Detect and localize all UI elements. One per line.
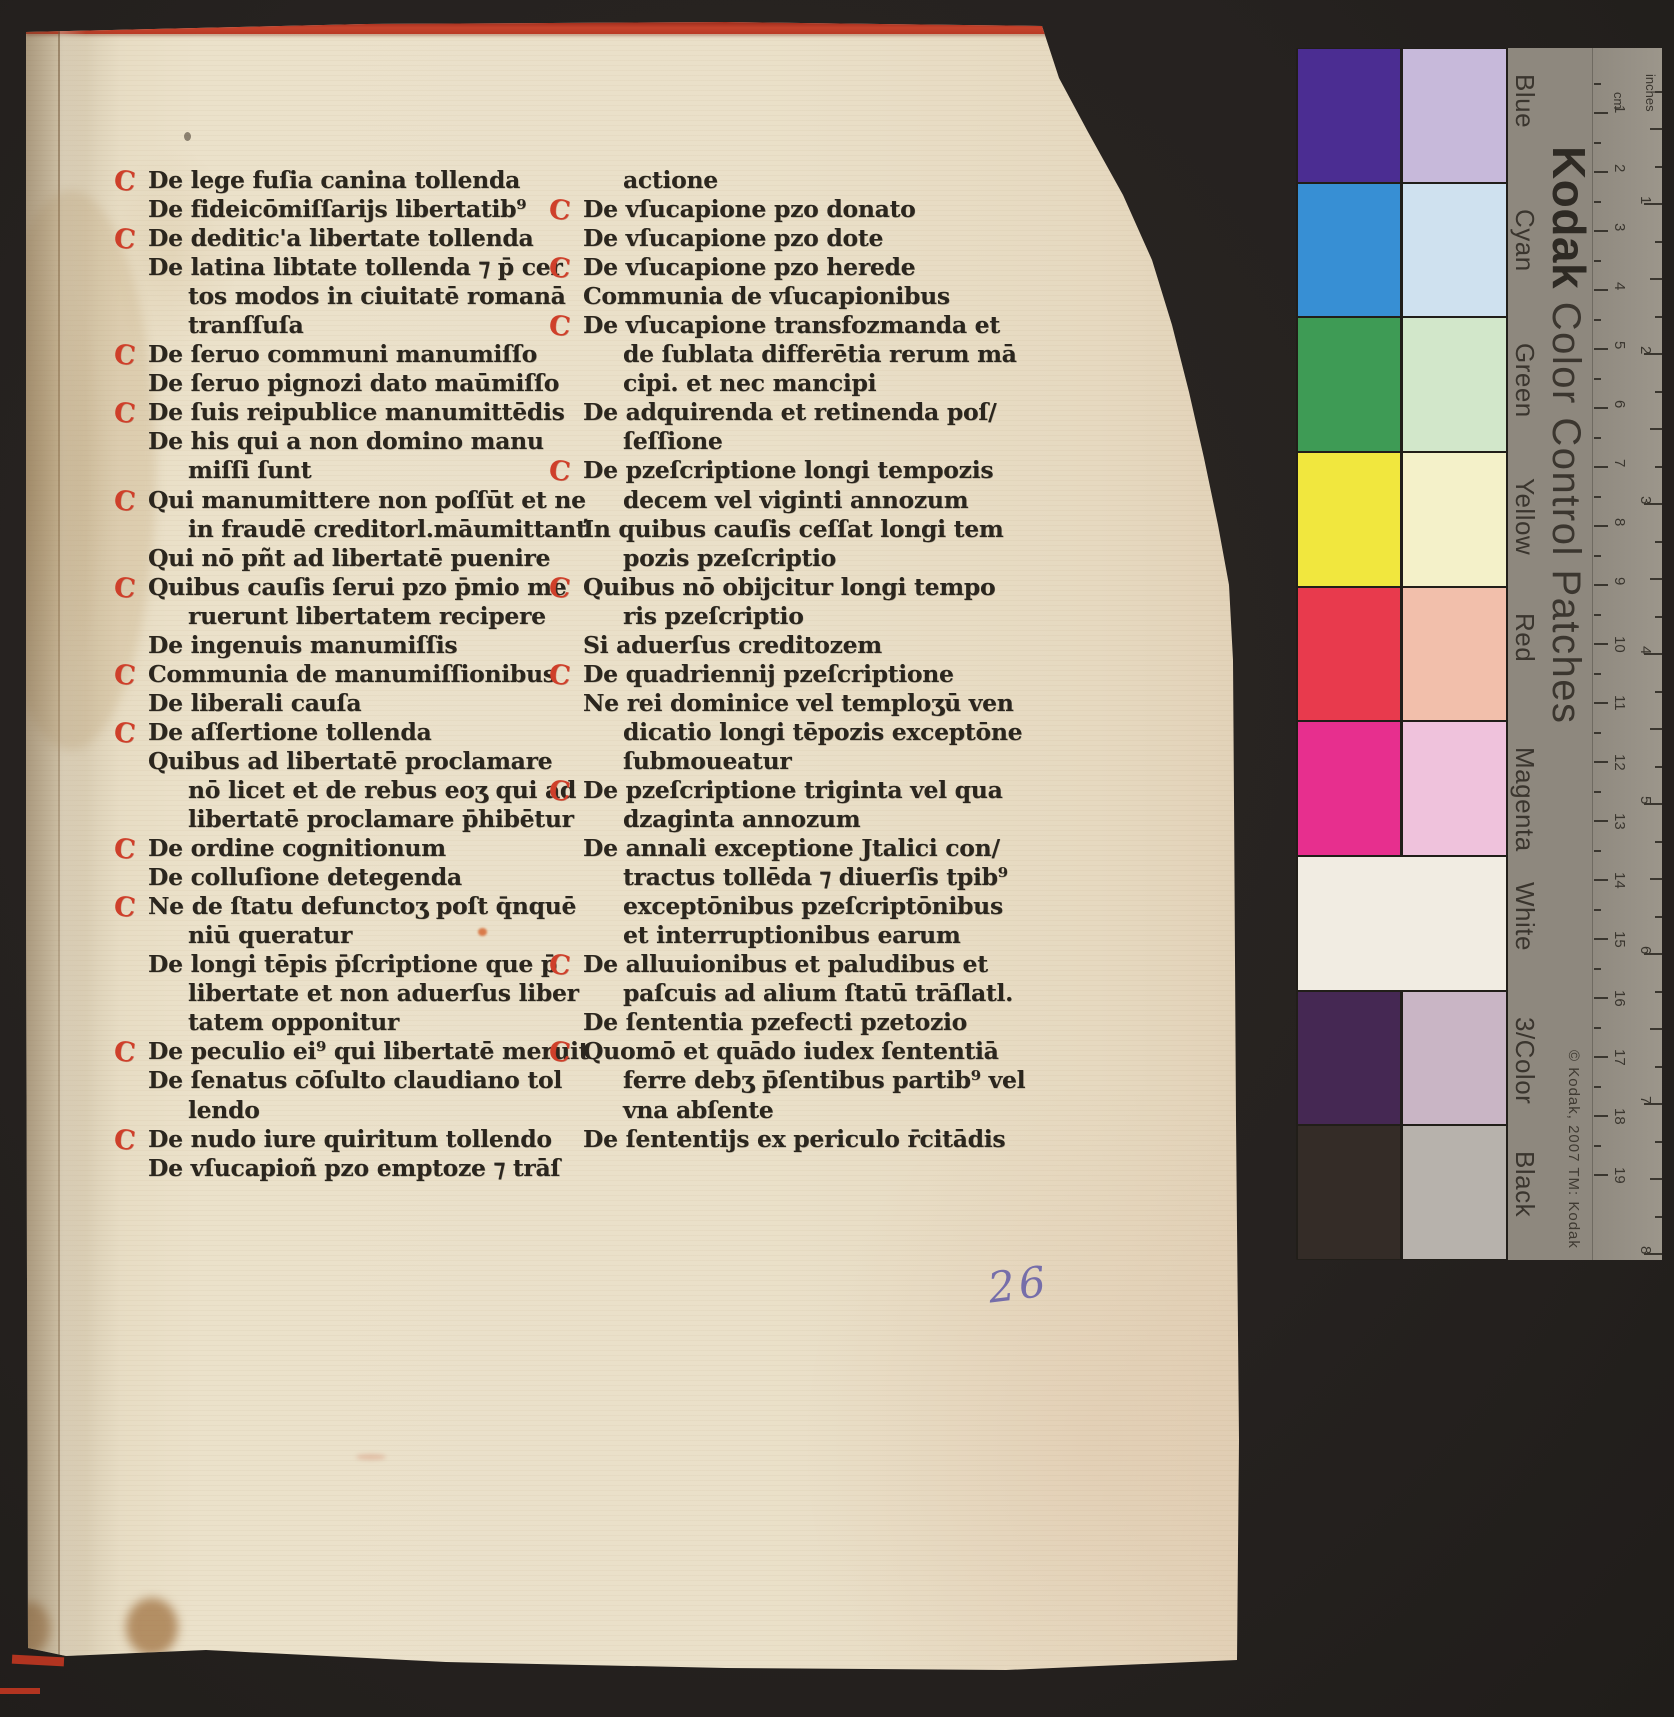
patch-row-white: [1296, 856, 1508, 991]
toc-entry-line: tatem opponitur: [148, 1008, 618, 1037]
ruler-number-cm: 13: [1611, 813, 1628, 830]
rubricated-pilcrow: C: [113, 224, 137, 255]
inch-quarter-tick: [1655, 241, 1662, 243]
rubricated-pilcrow: C: [113, 718, 137, 749]
toc-entry-line: CDe quadriennij pzeſcriptione: [583, 660, 1053, 689]
inch-half-tick: [1650, 728, 1662, 730]
rubricated-pilcrow: C: [113, 485, 137, 516]
ruler-number-inch: 1: [1637, 196, 1654, 204]
cm-tick: [1594, 1115, 1608, 1117]
cm-half-tick: [1594, 850, 1601, 852]
book-page: CDe lege fuſia canina tollendaDe fideicō…: [26, 20, 1242, 1676]
toc-entry-line: CDe vſucapione transfozmanda et: [583, 311, 1053, 340]
cm-half-tick: [1594, 732, 1601, 734]
toc-entry-text: De alluuionibus et paludibus et: [583, 950, 988, 978]
toc-entry-text: De aſſertione tollenda: [148, 718, 431, 746]
toc-entry-text: exceptōnibus pzeſcriptōnibus: [623, 892, 1003, 920]
tint-patch-yellow: [1403, 453, 1506, 586]
cm-half-tick: [1594, 909, 1601, 911]
ruler-number-cm: 8: [1611, 518, 1628, 526]
toc-entry-text: De nudo iure quiritum tollendo: [148, 1125, 552, 1153]
color-patch-yellow: [1298, 453, 1400, 586]
toc-entry-text: Qui manumittere non poſſūt et ne: [148, 486, 586, 514]
toc-entry-text: pozis pzeſcriptio: [623, 544, 836, 572]
toc-entry-text: De deditic'a libertate tollenda: [148, 224, 533, 252]
toc-entry-text: Quibus ad libertatē proclamare: [148, 747, 552, 775]
toc-entry-text: in fraudē creditorl.māumittanť: [188, 515, 586, 543]
tint-patch-magenta: [1403, 722, 1506, 855]
inch-quarter-tick: [1655, 166, 1662, 168]
toc-entry-text: Communia de manumiſſionibus: [148, 660, 556, 688]
toc-entry-text: De vſucapione pzo herede: [583, 253, 915, 281]
inch-quarter-tick: [1655, 691, 1662, 693]
toc-entry-line: De vſucapioñ pzo emptoze ⁊ trāſ: [148, 1154, 618, 1183]
patch-row-3-color: [1296, 991, 1508, 1126]
toc-entry-text: tos modos in ciuitatē romanā: [188, 282, 566, 310]
toc-entry-line: ris pzeſcriptio: [583, 602, 1053, 631]
rubricated-pilcrow: C: [548, 1037, 572, 1068]
ruler-number-cm: 3: [1611, 223, 1628, 231]
toc-entry-text: De longi tēpis p̄ſcriptione que p̄: [148, 950, 557, 978]
color-patch-3-color: [1298, 992, 1400, 1125]
rubricated-pilcrow: C: [548, 776, 572, 807]
inch-quarter-tick: [1655, 916, 1662, 918]
toc-entry-line: et interruptionibus earum: [583, 921, 1053, 950]
toc-entry-line: libertate et non aduerſus liber: [148, 979, 618, 1008]
tint-patch-red: [1403, 588, 1506, 721]
toc-entry-text: paſcuis ad alium ſtatū trāſlatl.: [623, 979, 1013, 1007]
rubricated-pilcrow: C: [548, 660, 572, 691]
patch-label-green: Green: [1509, 343, 1540, 418]
ruler-number-cm: 12: [1611, 754, 1628, 771]
brown-stain-edge: [10, 1602, 50, 1654]
cm-tick: [1594, 938, 1608, 940]
toc-entry-line: De ſeruo pignozi dato maūmiſſo: [148, 369, 618, 398]
toc-entry-text: actione: [623, 166, 718, 194]
ruler-number-cm: 5: [1611, 341, 1628, 349]
ruler-number-cm: 19: [1611, 1167, 1628, 1184]
toc-entry-line: libertatē proclamare p̄hibētur: [148, 805, 618, 834]
cm-half-tick: [1594, 614, 1601, 616]
cm-tick: [1594, 466, 1608, 468]
inch-quarter-tick: [1655, 841, 1662, 843]
patch-row-cyan: [1296, 183, 1508, 318]
cm-half-tick: [1594, 1086, 1601, 1088]
cm-tick: [1594, 643, 1608, 645]
toc-entry-line: Qui nō pñt ad libertatē puenire: [148, 544, 618, 573]
kodak-logo: Kodak: [1543, 146, 1595, 289]
ruler-number-cm: 17: [1611, 1049, 1628, 1066]
cm-half-tick: [1594, 437, 1601, 439]
red-edge-sliver: [0, 1688, 40, 1694]
toc-entry-text: tranſſuſa: [188, 311, 304, 339]
toc-entry-line: De ſententia pzefecti pzetozio: [583, 1008, 1053, 1037]
inch-quarter-tick: [1655, 1066, 1662, 1068]
patch-label-white: White: [1509, 882, 1540, 951]
patch-label-yellow: Yellow: [1509, 478, 1540, 555]
inch-quarter-tick: [1655, 541, 1662, 543]
rubricated-pilcrow: C: [113, 166, 137, 197]
toc-entry-line: CDe aſſertione tollenda: [148, 718, 618, 747]
fox-speck: [14, 138, 21, 147]
rubricated-pilcrow: C: [113, 340, 137, 371]
toc-entry-text: De his qui a non domino manu: [148, 427, 544, 455]
tint-patch-black: [1403, 1126, 1506, 1259]
toc-entry-text: Communia de vſucapionibus: [583, 282, 950, 310]
cm-half-tick: [1594, 142, 1601, 144]
kodak-label-strip: Kodak Color Control Patches © Kodak, 200…: [1508, 48, 1662, 1260]
toc-entry-line: ruerunt libertatem recipere: [148, 602, 618, 631]
cm-tick: [1594, 112, 1608, 114]
toc-entry-text: De ſeruo pignozi dato maūmiſſo: [148, 369, 559, 397]
toc-entry-text: In quibus cauſis ceſſat longi tem: [583, 515, 1003, 543]
toc-entry-line: De ingenuis manumiſſis: [148, 631, 618, 660]
toc-entry-line: exceptōnibus pzeſcriptōnibus: [583, 892, 1053, 921]
patch-row-red: [1296, 587, 1508, 722]
kodak-copyright: © Kodak, 2007 TM: Kodak: [1565, 1050, 1582, 1249]
toc-entry-line: In quibus cauſis ceſſat longi tem: [583, 515, 1053, 544]
toc-entry-text: dzaginta annozum: [623, 805, 860, 833]
toc-entry-line: Si aduerſus creditozem: [583, 631, 1053, 660]
toc-entry-line: CDe deditic'a libertate tollenda: [148, 224, 618, 253]
toc-entry-line: CDe nudo iure quiritum tollendo: [148, 1125, 618, 1154]
toc-entry-line: dicatio longi tēpozis exceptōne: [583, 718, 1053, 747]
ruler-number-cm: 14: [1611, 872, 1628, 889]
patch-row-yellow: [1296, 452, 1508, 587]
toc-entry-line: de ſublata differētia rerum mā: [583, 340, 1053, 369]
inch-half-tick: [1650, 578, 1662, 580]
toc-entry-line: paſcuis ad alium ſtatū trāſlatl.: [583, 979, 1053, 1008]
toc-entry-text: miſſi ſunt: [188, 456, 311, 484]
toc-entry-line: in fraudē creditorl.māumittanť: [148, 515, 618, 544]
toc-entry-line: dzaginta annozum: [583, 805, 1053, 834]
toc-entry-line: CDe vſucapione pzo herede: [583, 253, 1053, 282]
toc-entry-text: de ſublata differētia rerum mā: [623, 340, 1017, 368]
color-patch-black: [1298, 1126, 1400, 1259]
toc-entry-line: cipi. et nec mancipi: [583, 369, 1053, 398]
red-smudge: [356, 1454, 386, 1460]
cm-half-tick: [1594, 319, 1601, 321]
toc-entry-text: ruerunt libertatem recipere: [188, 602, 546, 630]
toc-entry-line: CDe ordine cognitionum: [148, 834, 618, 863]
inch-quarter-tick: [1655, 616, 1662, 618]
toc-entry-line: decem vel viginti annozum: [583, 486, 1053, 515]
cm-tick: [1594, 230, 1608, 232]
inch-quarter-tick: [1655, 91, 1662, 93]
ruler-number-inch: 8: [1637, 1246, 1654, 1254]
ruler-number-cm: 6: [1611, 400, 1628, 408]
toc-entry-text: vna abſente: [623, 1096, 773, 1124]
toc-entry-line: CDe pzeſcriptione longi tempozis: [583, 456, 1053, 485]
inch-quarter-tick: [1655, 466, 1662, 468]
toc-entry-text: De ſenatus cōſulto claudiano tol: [148, 1066, 562, 1094]
toc-entry-text: libertate et non aduerſus liber: [188, 979, 579, 1007]
cm-half-tick: [1594, 260, 1601, 262]
rubricated-pilcrow: C: [548, 253, 572, 284]
toc-entry-text: Qui nō pñt ad libertatē puenire: [148, 544, 550, 572]
brown-stain: [126, 1598, 178, 1656]
toc-entry-line: Ne rei dominice vel temploʒū ven: [583, 689, 1053, 718]
toc-entry-line: CNe de ſtatu defunctoʒ poſt q̄nquē: [148, 892, 618, 921]
inch-quarter-tick: [1655, 766, 1662, 768]
ruler-number-cm: 4: [1611, 282, 1628, 290]
toc-entry-text: tatem opponitur: [188, 1008, 399, 1036]
color-patch-cyan: [1298, 184, 1400, 317]
red-edge-sliver: [12, 1655, 64, 1667]
cm-tick: [1594, 1056, 1608, 1058]
ruler-number-cm: 16: [1611, 990, 1628, 1007]
ruler-number-cm: 2: [1611, 164, 1628, 172]
cm-half-tick: [1594, 83, 1601, 85]
toc-entry-text: De annali exceptione Jtalici con/: [583, 834, 1000, 862]
toc-entry-line: CDe ſeruo communi manumiſſo: [148, 340, 618, 369]
cm-tick: [1594, 702, 1608, 704]
rubricated-pilcrow: C: [113, 834, 137, 865]
toc-entry-line: De vſucapione pzo dote: [583, 224, 1053, 253]
tint-patch-3-color: [1403, 992, 1506, 1125]
patch-row-blue: [1296, 48, 1508, 183]
cm-tick: [1594, 879, 1608, 881]
toc-entry-line: CDe pzeſcriptione triginta vel qua: [583, 776, 1053, 805]
fox-speck: [184, 132, 191, 141]
cm-tick: [1594, 525, 1608, 527]
rubricated-pilcrow: C: [548, 456, 572, 487]
toc-entry-text: De pzeſcriptione triginta vel qua: [583, 776, 1003, 804]
cm-tick: [1594, 997, 1608, 999]
rubricated-pilcrow: C: [113, 573, 137, 604]
patch-row-black: [1296, 1125, 1508, 1260]
ruler-number-inch: 5: [1637, 796, 1654, 804]
toc-entry-line: tos modos in ciuitatē romanā: [148, 282, 618, 311]
color-patch-blue: [1298, 49, 1400, 182]
ruler-number-inch: 3: [1637, 496, 1654, 504]
toc-entry-text: libertatē proclamare p̄hibētur: [188, 805, 574, 833]
toc-entry-text: ſeſſione: [623, 427, 723, 455]
toc-entry-text: De pzeſcriptione longi tempozis: [583, 456, 993, 484]
toc-entry-text: De liberali cauſa: [148, 689, 361, 717]
toc-entry-line: CQui manumittere non poſſūt et ne: [148, 486, 618, 515]
cm-half-tick: [1594, 968, 1601, 970]
toc-entry-text: dicatio longi tēpozis exceptōne: [623, 718, 1022, 746]
rubricated-pilcrow: C: [548, 950, 572, 981]
tint-patch-blue: [1403, 49, 1506, 182]
cm-half-tick: [1594, 791, 1601, 793]
toc-entry-text: De ingenuis manumiſſis: [148, 631, 457, 659]
rubricated-pilcrow: C: [548, 311, 572, 342]
toc-column-right: actioneCDe vſucapione pzo donatoDe vſuca…: [583, 166, 1053, 1154]
toc-entry-line: actione: [583, 166, 1053, 195]
cm-tick: [1594, 1174, 1608, 1176]
cm-tick: [1594, 171, 1608, 173]
toc-entry-text: De ſuis reipublice manumittēdis: [148, 398, 565, 426]
inch-quarter-tick: [1655, 991, 1662, 993]
ruler-number-cm: 10: [1611, 636, 1628, 653]
cm-half-tick: [1594, 555, 1601, 557]
toc-entry-text: cipi. et nec mancipi: [623, 369, 876, 397]
toc-entry-text: Quomō et quādo iudex ſententiā: [583, 1037, 999, 1065]
toc-entry-text: De ſententia pzefecti pzetozio: [583, 1008, 967, 1036]
toc-entry-line: De liberali cauſa: [148, 689, 618, 718]
toc-entry-text: De fideicōmiſſarijs libertatib⁹: [148, 195, 526, 223]
toc-entry-text: ris pzeſcriptio: [623, 602, 804, 630]
toc-entry-text: nō licet et de rebus eoʒ qui ad: [188, 776, 576, 804]
ruler-number-cm: 11: [1611, 695, 1628, 711]
toc-entry-text: Si aduerſus creditozem: [583, 631, 882, 659]
ruler-number-inch: 4: [1637, 646, 1654, 654]
patch-label-magenta: Magenta: [1509, 747, 1540, 852]
toc-column-left: CDe lege fuſia canina tollendaDe fideicō…: [148, 166, 618, 1183]
ruler-number-cm: 9: [1611, 577, 1628, 585]
toc-entry-text: Quibus cauſis ſerui pzo p̄mio me: [148, 573, 566, 601]
toc-entry-line: vna abſente: [583, 1096, 1053, 1125]
toc-entry-line: Communia de vſucapionibus: [583, 282, 1053, 311]
cm-tick: [1594, 289, 1608, 291]
kodak-chart-title: Kodak Color Control Patches: [1542, 146, 1596, 725]
inch-quarter-tick: [1655, 391, 1662, 393]
inch-half-tick: [1650, 128, 1662, 130]
rubricated-pilcrow: C: [113, 1037, 137, 1068]
inch-half-tick: [1650, 1178, 1662, 1180]
toc-entry-text: De quadriennij pzeſcriptione: [583, 660, 954, 688]
toc-entry-line: CDe lege fuſia canina tollenda: [148, 166, 618, 195]
patch-row-green: [1296, 317, 1508, 452]
cm-half-tick: [1594, 1145, 1601, 1147]
toc-entry-text: tractus tollēda ⁊ diuerſis tpib⁹: [623, 863, 1008, 891]
toc-entry-text: De ſeruo communi manumiſſo: [148, 340, 537, 368]
toc-entry-line: De annali exceptione Jtalici con/: [583, 834, 1053, 863]
handwritten-folio-number: 26: [985, 1256, 1052, 1312]
toc-entry-text: De ordine cognitionum: [148, 834, 446, 862]
rubricated-pilcrow: C: [113, 1125, 137, 1156]
toc-entry-text: Ne rei dominice vel temploʒū ven: [583, 689, 1014, 717]
toc-entry-text: De vſucapioñ pzo emptoze ⁊ trāſ: [148, 1154, 560, 1182]
kodak-color-target: Kodak Color Control Patches © Kodak, 200…: [1296, 48, 1662, 1260]
inch-quarter-tick: [1655, 1141, 1662, 1143]
toc-entry-line: tractus tollēda ⁊ diuerſis tpib⁹: [583, 863, 1053, 892]
inch-half-tick: [1650, 428, 1662, 430]
toc-entry-text: De ſententijs ex periculo r̄citādis: [583, 1125, 1005, 1153]
cm-tick: [1594, 407, 1608, 409]
toc-entry-text: Ne de ſtatu defunctoʒ poſt q̄nquē: [148, 892, 576, 920]
photo-background: CDe lege fuſia canina tollendaDe fideicō…: [0, 0, 1674, 1717]
cm-half-tick: [1594, 1027, 1601, 1029]
cm-half-tick: [1594, 673, 1601, 675]
toc-entry-line: De adquirenda et retinenda poſ/: [583, 398, 1053, 427]
inch-quarter-tick: [1655, 316, 1662, 318]
cm-half-tick: [1594, 201, 1601, 203]
rubricated-pilcrow: C: [113, 660, 137, 691]
toc-entry-line: CDe vſucapione pzo donato: [583, 195, 1053, 224]
toc-entry-text: De peculio ei⁹ qui libertatē meruit: [148, 1037, 589, 1065]
toc-entry-text: De vſucapione pzo dote: [583, 224, 883, 252]
toc-entry-line: De ſententijs ex periculo r̄citādis: [583, 1125, 1053, 1154]
toc-entry-line: Quibus ad libertatē proclamare: [148, 747, 618, 776]
ruler-number-cm: 18: [1611, 1108, 1628, 1125]
rubricated-pilcrow: C: [548, 573, 572, 604]
ruler-number-inch: 2: [1637, 346, 1654, 354]
toc-entry-line: ferre debʒ p̄ſentibus partib⁹ vel: [583, 1066, 1053, 1095]
toc-entry-line: CQuibus nō obijcitur longi tempo: [583, 573, 1053, 602]
ruler-number-cm: 7: [1611, 459, 1628, 467]
ruler-number-inch: 6: [1637, 946, 1654, 954]
patch-row-magenta: [1296, 721, 1508, 856]
toc-entry-line: De his qui a non domino manu: [148, 427, 618, 456]
rubricated-pilcrow: C: [113, 398, 137, 429]
cm-tick: [1594, 820, 1608, 822]
cm-tick: [1594, 761, 1608, 763]
toc-entry-line: lendo: [148, 1096, 618, 1125]
cm-half-tick: [1594, 378, 1601, 380]
cm-half-tick: [1594, 496, 1601, 498]
tint-patch-green: [1403, 318, 1506, 451]
toc-entry-text: et interruptionibus earum: [623, 921, 961, 949]
color-patch-green: [1298, 318, 1400, 451]
toc-entry-text: niū queratur: [188, 921, 352, 949]
patch-label-red: Red: [1509, 613, 1540, 662]
inches-scale-label: inches: [1643, 74, 1658, 112]
toc-entry-line: CQuomō et quādo iudex ſententiā: [583, 1037, 1053, 1066]
inch-quarter-tick: [1655, 1216, 1662, 1218]
toc-entry-text: De lege fuſia canina tollenda: [148, 166, 520, 194]
rubricated-pilcrow: C: [113, 892, 137, 923]
cm-tick: [1594, 584, 1608, 586]
toc-entry-line: pozis pzeſcriptio: [583, 544, 1053, 573]
patch-label-3-color: 3/Color: [1509, 1017, 1540, 1104]
toc-entry-line: CDe ſuis reipublice manumittēdis: [148, 398, 618, 427]
color-patch-red: [1298, 588, 1400, 721]
inch-half-tick: [1650, 278, 1662, 280]
tint-patch-cyan: [1403, 184, 1506, 317]
patch-label-blue: Blue: [1509, 74, 1540, 128]
toc-entry-line: ſubmoueatur: [583, 747, 1053, 776]
inch-half-tick: [1650, 878, 1662, 880]
color-patch-magenta: [1298, 722, 1400, 855]
rubricated-pilcrow: C: [548, 195, 572, 226]
ruler-number-cm: 15: [1611, 931, 1628, 948]
toc-entry-text: ſubmoueatur: [623, 747, 791, 775]
page-red-top-edge: [26, 20, 1048, 34]
toc-entry-line: De colluſione detegenda: [148, 863, 618, 892]
cm-tick: [1594, 348, 1608, 350]
toc-entry-line: ſeſſione: [583, 427, 1053, 456]
color-patch-white: [1298, 857, 1506, 990]
patch-label-black: Black: [1509, 1151, 1540, 1217]
patch-label-cyan: Cyan: [1509, 209, 1540, 272]
toc-entry-text: De latina libtate tollenda ⁊ p̄ cer: [148, 253, 562, 281]
toc-entry-text: lendo: [188, 1096, 260, 1124]
toc-entry-text: Quibus nō obijcitur longi tempo: [583, 573, 995, 601]
toc-entry-text: De adquirenda et retinenda poſ/: [583, 398, 996, 426]
inch-half-tick: [1650, 1028, 1662, 1030]
toc-entry-line: De ſenatus cōſulto claudiano tol: [148, 1066, 618, 1095]
toc-entry-text: ferre debʒ p̄ſentibus partib⁹ vel: [623, 1066, 1025, 1094]
toc-entry-text: De vſucapione transfozmanda et: [583, 311, 1000, 339]
toc-entry-line: CDe alluuionibus et paludibus et: [583, 950, 1053, 979]
toc-entry-text: De colluſione detegenda: [148, 863, 462, 891]
toc-entry-text: decem vel viginti annozum: [623, 486, 968, 514]
toc-entry-line: niū queratur: [148, 921, 618, 950]
toc-entry-text: De vſucapione pzo donato: [583, 195, 916, 223]
ruler-number-inch: 7: [1637, 1096, 1654, 1104]
ruler-number-cm: 1: [1611, 105, 1628, 113]
